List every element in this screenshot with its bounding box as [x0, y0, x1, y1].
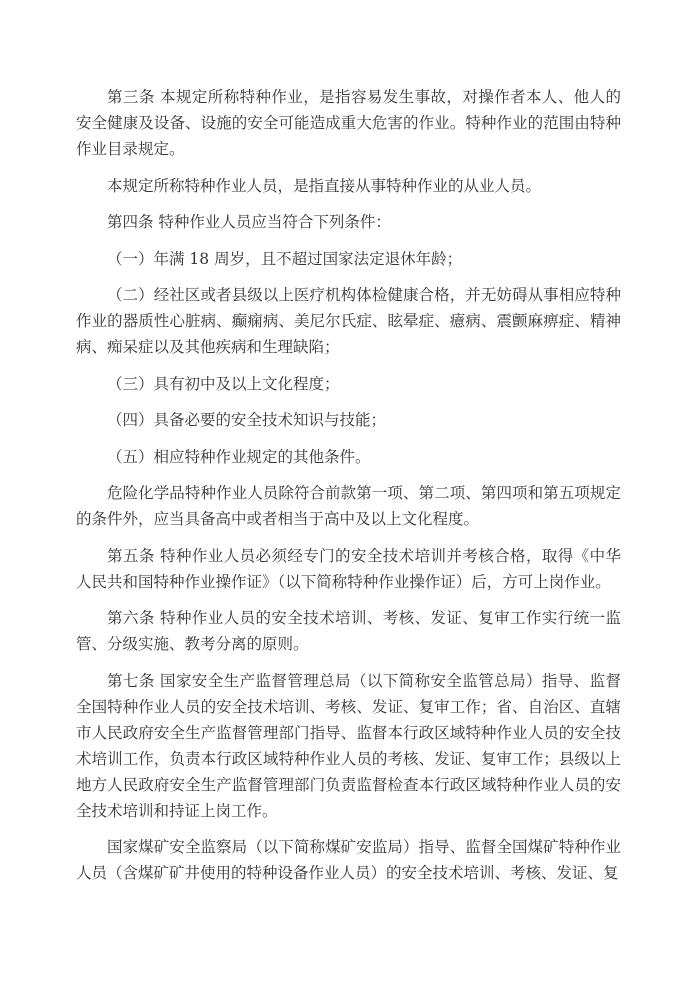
- paragraph: 第五条 特种作业人员必须经专门的安全技术培训并考核合格，取得《中华人民共和国特种…: [76, 543, 621, 595]
- paragraph: （三）具有初中及以上文化程度；: [76, 371, 621, 397]
- paragraph: 第七条 国家安全生产监督管理总局（以下简称安全监管总局）指导、监督全国特种作业人…: [76, 668, 621, 824]
- paragraph: 危险化学品特种作业人员除符合前款第一项、第二项、第四项和第五项规定的条件外，应当…: [76, 480, 621, 532]
- paragraph: （一）年满 18 周岁，且不超过国家法定退休年龄；: [76, 246, 621, 272]
- paragraph: 国家煤矿安全监察局（以下简称煤矿安监局）指导、监督全国煤矿特种作业人员（含煤矿矿…: [76, 834, 621, 886]
- document-page: 第三条 本规定所称特种作业，是指容易发生事故，对操作者本人、他人的安全健康及设备…: [0, 0, 700, 990]
- paragraph: 第六条 特种作业人员的安全技术培训、考核、发证、复审工作实行统一监管、分级实施、…: [76, 605, 621, 657]
- document-body: 第三条 本规定所称特种作业，是指容易发生事故，对操作者本人、他人的安全健康及设备…: [76, 84, 621, 886]
- paragraph: 第四条 特种作业人员应当符合下列条件：: [76, 209, 621, 235]
- paragraph: （五）相应特种作业规定的其他条件。: [76, 444, 621, 470]
- paragraph: 本规定所称特种作业人员，是指直接从事特种作业的从业人员。: [76, 173, 621, 199]
- paragraph: 第三条 本规定所称特种作业，是指容易发生事故，对操作者本人、他人的安全健康及设备…: [76, 84, 621, 162]
- paragraph: （二）经社区或者县级以上医疗机构体检健康合格，并无妨碍从事相应特种作业的器质性心…: [76, 282, 621, 360]
- paragraph: （四）具备必要的安全技术知识与技能；: [76, 407, 621, 433]
